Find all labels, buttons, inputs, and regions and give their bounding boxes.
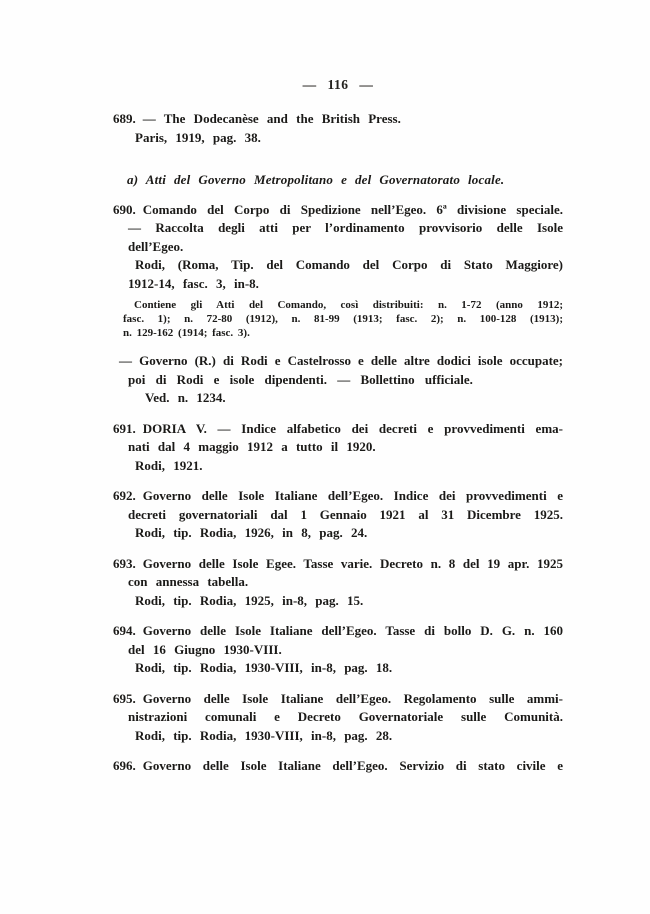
entry-title: Governo delle Isole Italiane dell’Egeo. … (143, 758, 563, 773)
bib-entry-governo-rodi: — Governo (R.) di Rodi e Castelrosso e d… (113, 352, 563, 408)
bib-entry-692: 692.Governo delle Isole Italiane dell’Eg… (113, 487, 563, 543)
entry-first-line: 694.Governo delle Isole Italiane dell’Eg… (113, 622, 563, 641)
entry-number: 689. (113, 111, 136, 126)
bib-entry-693: 693.Governo delle Isole Egee. Tasse vari… (113, 555, 563, 611)
entry-line: decreti governatoriali dal 1 Gennaio 192… (128, 506, 563, 525)
entry-title: Comando del Corpo di Spedizione nell’Ege… (143, 202, 563, 217)
entry-title: — The Dodecanèse and the British Press. (143, 111, 401, 126)
entry-imprint: Rodi, tip. Rodia, 1930-VIII, in-8, pag. … (135, 727, 563, 746)
entry-title: DORIA V. — Indice alfabetico dei decreti… (143, 421, 563, 436)
entry-number: 696. (113, 758, 136, 773)
bib-entry-696: 696.Governo delle Isole Italiane dell’Eg… (113, 757, 563, 776)
entry-number: 690. (113, 202, 136, 217)
entry-first-line: 690.Comando del Corpo di Spedizione nell… (113, 201, 563, 220)
entry-title: Governo delle Isole Egee. Tasse varie. D… (143, 556, 563, 571)
bib-entry-690: 690.Comando del Corpo di Spedizione nell… (113, 201, 563, 341)
entry-title: Governo delle Isole Italiane dell’Egeo. … (143, 623, 563, 638)
entry-title: Governo delle Isole Italiane dell’Egeo. … (143, 488, 563, 503)
bib-entry-695: 695.Governo delle Isole Italiane dell’Eg… (113, 690, 563, 746)
note-line: Contiene gli Atti del Comando, così dist… (123, 298, 563, 312)
entry-number: 693. (113, 556, 136, 571)
entry-imprint: Rodi, tip. Rodia, 1930-VIII, in-8, pag. … (135, 659, 563, 678)
entry-imprint: Rodi, (Roma, Tip. del Comando del Corpo … (135, 256, 563, 275)
bib-entry-691: 691.DORIA V. — Indice alfabetico dei dec… (113, 420, 563, 476)
entry-imprint: Rodi, tip. Rodia, 1926, in 8, pag. 24. (135, 524, 563, 543)
entry-imprint: Rodi, tip. Rodia, 1925, in-8, pag. 15. (135, 592, 563, 611)
entry-first-line: 692.Governo delle Isole Italiane dell’Eg… (113, 487, 563, 506)
entry-line: del 16 Giugno 1930-VIII. (128, 641, 563, 660)
entry-number: 695. (113, 691, 136, 706)
entry-number: 694. (113, 623, 136, 638)
bib-entry-694: 694.Governo delle Isole Italiane dell’Eg… (113, 622, 563, 678)
entry-first-line: 691.DORIA V. — Indice alfabetico dei dec… (113, 420, 563, 439)
entry-first-line: 695.Governo delle Isole Italiane dell’Eg… (113, 690, 563, 709)
entry-line: con annessa tabella. (128, 573, 563, 592)
entry-line: nistrazioni comunali e Decreto Governato… (128, 708, 563, 727)
scanned-book-page: — 116 — 689.— The Dodecanèse and the Bri… (0, 0, 650, 914)
section-heading: a) Atti del Governo Metropolitano e del … (127, 171, 563, 190)
entry-first-line: — Governo (R.) di Rodi e Castelrosso e d… (119, 352, 563, 371)
entry-note: Contiene gli Atti del Comando, così dist… (123, 298, 563, 340)
entry-first-line: 696.Governo delle Isole Italiane dell’Eg… (113, 757, 563, 776)
note-line: fasc. 1); n. 72-80 (1912), n. 81-99 (191… (123, 312, 563, 326)
entry-cross-reference: Ved. n. 1234. (145, 389, 563, 408)
entry-number: 691. (113, 421, 136, 436)
page-number: — 116 — (113, 76, 563, 94)
entry-first-line: 693.Governo delle Isole Egee. Tasse vari… (113, 555, 563, 574)
entry-imprint: 1912-14, fasc. 3, in-8. (128, 275, 563, 294)
note-line: n. 129-162 (1914; fasc. 3). (123, 326, 563, 340)
entry-imprint: Paris, 1919, pag. 38. (135, 129, 563, 148)
entry-line: nati dal 4 maggio 1912 a tutto il 1920. (128, 438, 563, 457)
entry-imprint: Rodi, 1921. (135, 457, 563, 476)
entry-first-line: 689.— The Dodecanèse and the British Pre… (113, 110, 563, 129)
entry-line: — Raccolta degli atti per l’ordinamento … (128, 219, 563, 238)
entry-number: 692. (113, 488, 136, 503)
entry-title: Governo delle Isole Italiane dell’Egeo. … (143, 691, 563, 706)
entry-line: dell’Egeo. (128, 238, 563, 257)
bib-entry-689: 689.— The Dodecanèse and the British Pre… (113, 110, 563, 147)
entry-line: poi di Rodi e isole dipendenti. — Bollet… (128, 371, 563, 390)
